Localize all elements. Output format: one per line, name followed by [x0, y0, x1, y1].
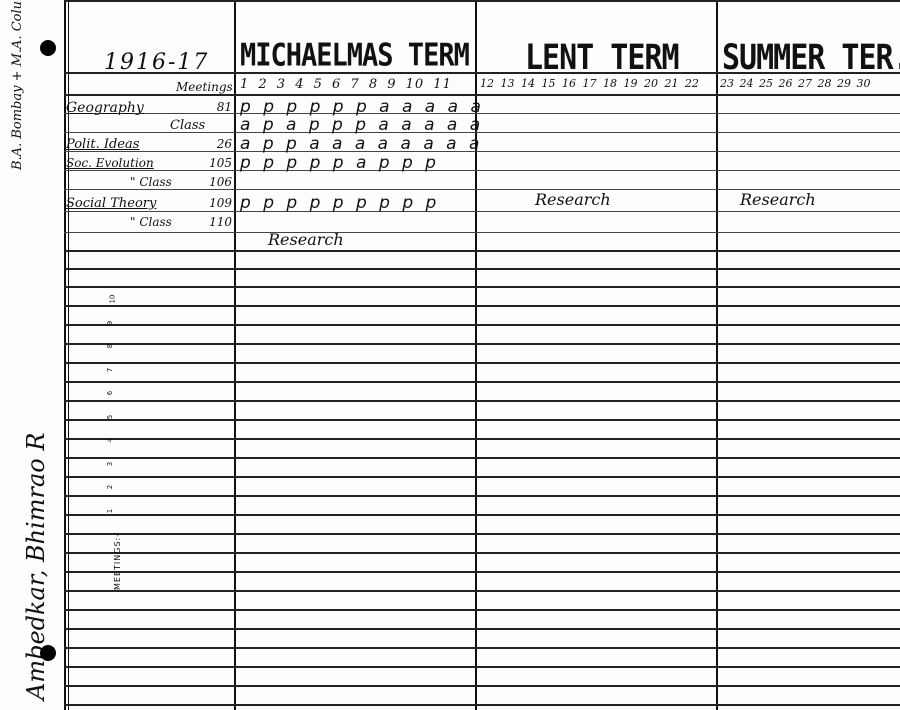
ruled-line [64, 268, 900, 270]
attendance-row: p p p p p a p p p [240, 153, 439, 173]
attendance-row: p p p p p p a a a a a [240, 97, 484, 117]
ruled-line [64, 170, 900, 171]
ruled-line [64, 495, 900, 497]
ruled-line [64, 628, 900, 630]
ruled-line [64, 457, 900, 459]
course-name: Class [170, 118, 205, 133]
attendance-row: p p p p p p p p p [240, 193, 440, 213]
weeks-michaelmas: 1 2 3 4 5 6 7 8 9 10 11 [240, 77, 452, 92]
ruled-line [64, 211, 900, 212]
meetings-label: Meetings [176, 80, 233, 94]
weeks-lent: 12 13 14 15 16 17 18 19 20 21 22 [480, 77, 699, 90]
attendance-row: a p a p p p a a a a a [240, 115, 484, 135]
ruled-line [64, 419, 900, 421]
row-number: 5 [106, 414, 114, 418]
research-note-lent: Research [535, 190, 611, 209]
course-number: 110 [209, 215, 232, 229]
course-name: Soc. Evolution [66, 156, 154, 170]
ruled-line [64, 685, 900, 687]
ruled-line [64, 533, 900, 535]
row-number: 2 [106, 485, 114, 489]
meetings-section-label: MEETINGS:- [113, 533, 122, 590]
ruled-line [64, 514, 900, 516]
ruled-line [64, 590, 900, 592]
row-number: 4 [106, 438, 114, 442]
row-number: 1 [106, 508, 114, 512]
top-border [64, 0, 900, 2]
row-number: 8 [106, 344, 114, 348]
ruled-line [64, 324, 900, 326]
row-number: 6 [106, 391, 114, 395]
ruled-line [64, 286, 900, 288]
course-number: 106 [209, 175, 232, 189]
ruled-line [64, 250, 900, 252]
ruled-line [64, 438, 900, 440]
course-number: 109 [209, 196, 232, 210]
ruled-line [64, 381, 900, 383]
divider-lent [716, 0, 718, 710]
ruled-line [64, 343, 900, 345]
ruled-line [64, 704, 900, 706]
ruled-line [64, 232, 900, 233]
record-card: B.A. Bombay + M.A. Columbia Ambedkar, Bh… [0, 0, 900, 710]
row-number: 7 [106, 367, 114, 371]
course-number: 105 [209, 156, 232, 170]
course-name: Polit. Ideas [66, 137, 139, 152]
ruled-line [64, 552, 900, 554]
row-number: 3 [106, 461, 114, 465]
course-number: 26 [217, 137, 232, 151]
attendance-row: a p p a a a a a a a a [240, 134, 483, 154]
punch-hole-bottom [40, 645, 56, 661]
ruled-line [64, 666, 900, 668]
ruled-line [64, 571, 900, 573]
course-name: " Class [130, 175, 172, 189]
weeks-summer: 23 24 25 26 27 28 29 30 [720, 77, 870, 90]
term-michaelmas: MICHAELMAS TERM [240, 38, 469, 74]
ruled-line [64, 647, 900, 649]
session-year: 1916-17 [104, 50, 209, 75]
ruled-line [64, 94, 900, 96]
ruled-line [64, 400, 900, 402]
course-name: Geography [66, 100, 144, 116]
course-number: 81 [217, 100, 232, 114]
row-number: 10 [108, 295, 116, 304]
margin-degrees: B.A. Bombay + M.A. Columbia [10, 0, 25, 170]
divider-subjects [234, 0, 236, 710]
ruled-line [64, 362, 900, 364]
ruled-line [64, 609, 900, 611]
ruled-line [64, 305, 900, 307]
punch-hole-top [40, 40, 56, 56]
row-number: 9 [106, 320, 114, 324]
term-summer: SUMMER TER.. [722, 38, 900, 78]
course-name: Social Theory [66, 196, 156, 211]
course-name: " Class [130, 215, 172, 229]
research-note-michaelmas: Research [268, 230, 344, 249]
ruled-line [64, 476, 900, 478]
term-lent: LENT TERM [525, 38, 679, 78]
research-note-summer: Research [740, 190, 816, 209]
